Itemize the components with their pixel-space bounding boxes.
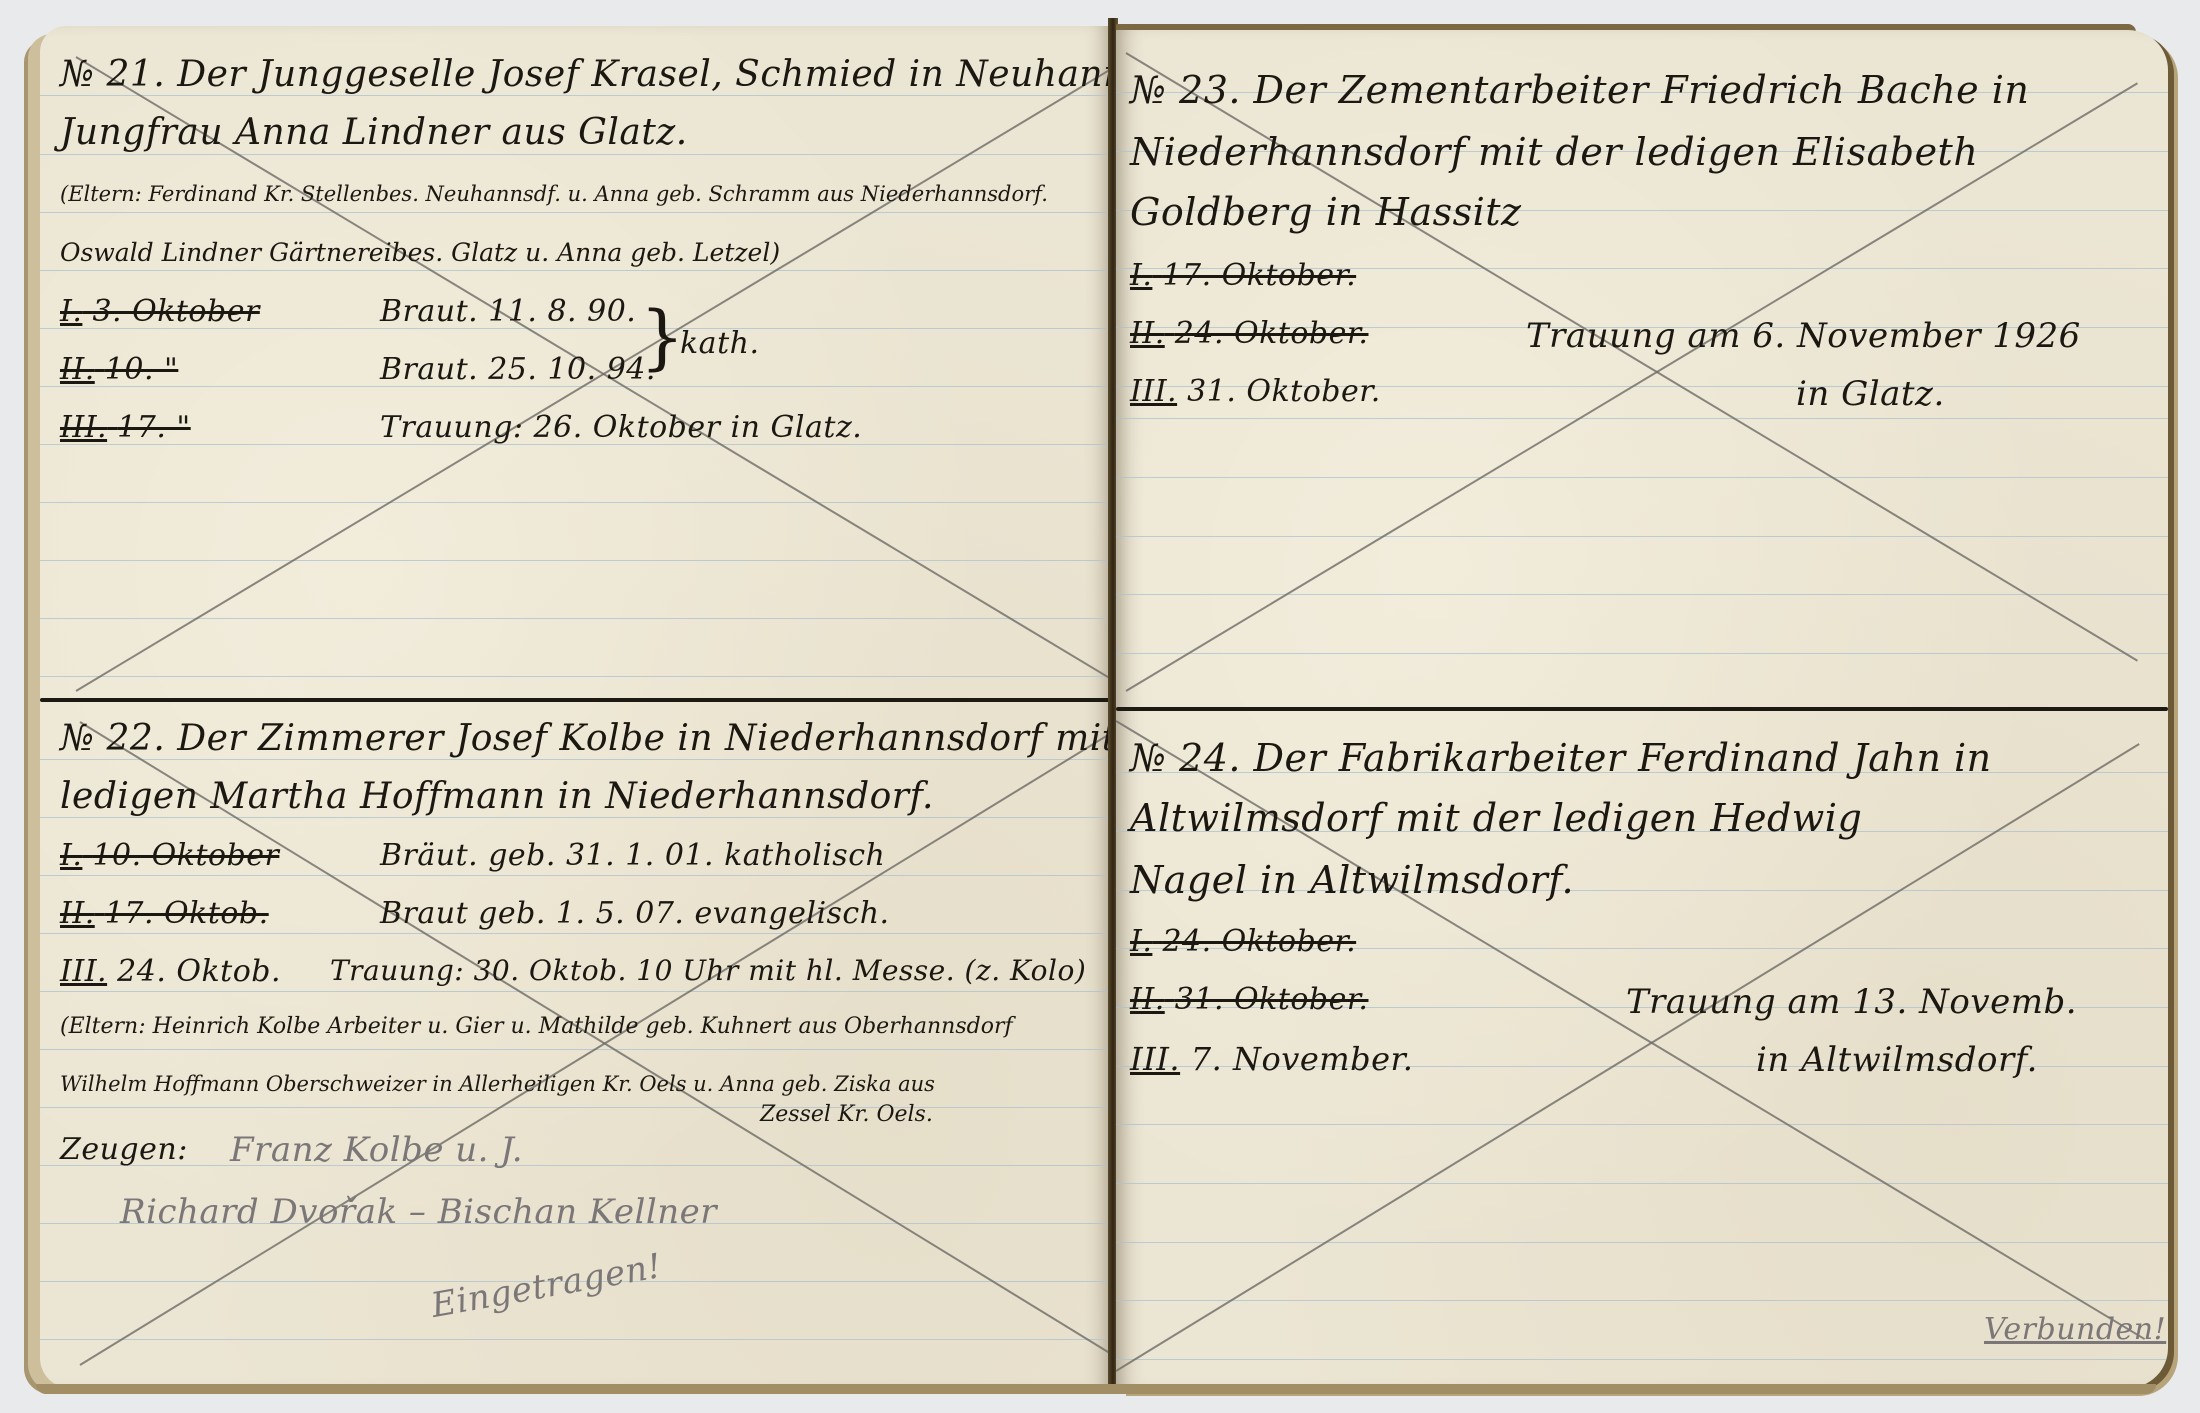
entry-21-banns-3: III. 17. " bbox=[60, 410, 191, 445]
rule-line bbox=[40, 270, 1112, 271]
banns-date: 10. Oktober bbox=[92, 838, 279, 873]
entry-21-religion: kath. bbox=[680, 326, 759, 361]
rule-line bbox=[40, 875, 1112, 876]
rule-line bbox=[40, 154, 1112, 155]
entry-24-wedding-2: in Altwilmsdorf. bbox=[1756, 1040, 2038, 1080]
entry-22-banns-1: I. 10. Oktober bbox=[60, 838, 279, 873]
rule-line bbox=[1116, 594, 2168, 595]
banns-numeral: II. bbox=[1130, 316, 1165, 351]
entry-22-parents-3: Zessel Kr. Oels. bbox=[760, 1102, 933, 1127]
entry-24-banns-3: III. 7. November. bbox=[1130, 1040, 1413, 1078]
banns-date: 7. November. bbox=[1191, 1040, 1414, 1078]
entry-23-wedding-1: Trauung am 6. November 1926 bbox=[1526, 316, 2081, 356]
banns-numeral: II. bbox=[60, 352, 95, 387]
entry-23-line1: № 23. Der Zementarbeiter Friedrich Bache… bbox=[1130, 68, 2029, 112]
entry-21-parents-2: Oswald Lindner Gärtnereibes. Glatz u. An… bbox=[60, 238, 780, 267]
entry-24-line3: Nagel in Altwilmsdorf. bbox=[1130, 858, 1574, 902]
banns-numeral: I. bbox=[1130, 258, 1152, 293]
entry-23-wedding-2: in Glatz. bbox=[1796, 374, 1945, 414]
banns-date: 17. " bbox=[117, 410, 191, 445]
entry-22-banns-2: II. 17. Oktob. bbox=[60, 896, 269, 931]
banns-numeral: II. bbox=[1130, 982, 1165, 1017]
entered-note: Eingetragen! bbox=[428, 1246, 665, 1326]
rule-line bbox=[40, 1165, 1112, 1166]
entry-22-line1: № 22. Der Zimmerer Josef Kolbe in Nieder… bbox=[60, 718, 1112, 759]
entry-24-banns-2: II. 31. Oktober. bbox=[1130, 982, 1368, 1017]
rule-line bbox=[40, 502, 1112, 503]
entry-22-bride-info: Braut geb. 1. 5. 07. evangelisch. bbox=[380, 896, 890, 931]
rule-line bbox=[1116, 1359, 2168, 1360]
entry-23-line2: Niederhannsdorf mit der ledigen Elisabet… bbox=[1130, 130, 1978, 174]
banns-date: 31. Oktober. bbox=[1175, 982, 1369, 1017]
rule-line bbox=[40, 95, 1112, 96]
banns-date: 31. Oktober. bbox=[1187, 374, 1381, 409]
entry-22-groom-info: Bräut. geb. 31. 1. 01. katholisch bbox=[380, 838, 885, 873]
rule-line bbox=[1116, 1183, 2168, 1184]
entry-24-line2: Altwilmsdorf mit der ledigen Hedwig bbox=[1130, 796, 1862, 840]
rule-line bbox=[1116, 418, 2168, 419]
banns-numeral: II. bbox=[60, 896, 95, 931]
entry-23-banns-3: III. 31. Oktober. bbox=[1130, 374, 1381, 409]
entry-21-line2: Jungfrau Anna Lindner aus Glatz. bbox=[60, 112, 688, 153]
entry-divider bbox=[1116, 707, 2168, 711]
rule-line bbox=[40, 676, 1112, 677]
entry-22-parents-1: (Eltern: Heinrich Kolbe Arbeiter u. Gier… bbox=[60, 1014, 1013, 1039]
rule-line bbox=[1116, 1124, 2168, 1125]
connected-note: Verbunden! bbox=[1984, 1312, 2166, 1347]
rule-line bbox=[1116, 653, 2168, 654]
rule-line bbox=[40, 1339, 1112, 1340]
cover-edge-bottom bbox=[36, 1384, 2156, 1394]
entry-21-banns-1: I. 3. Oktober bbox=[60, 294, 260, 329]
rule-line bbox=[1116, 477, 2168, 478]
entry-21-wedding: Trauung: 26. Oktober in Glatz. bbox=[380, 410, 862, 445]
rule-line bbox=[40, 560, 1112, 561]
banns-numeral: III. bbox=[1130, 374, 1177, 409]
rule-line bbox=[40, 618, 1112, 619]
entry-21-bride-birth: Braut. 11. 8. 90. bbox=[380, 294, 636, 329]
open-notebook: № 21. Der Junggeselle Josef Krasel, Schm… bbox=[0, 0, 2200, 1413]
rule-line bbox=[1116, 536, 2168, 537]
entry-21-groom-birth: Braut. 25. 10. 94. bbox=[380, 352, 656, 387]
right-page: № 23. Der Zementarbeiter Friedrich Bache… bbox=[1116, 30, 2168, 1388]
rule-line bbox=[40, 933, 1112, 934]
entry-23-banns-2: II. 24. Oktober. bbox=[1130, 316, 1368, 351]
rule-line bbox=[40, 1107, 1112, 1108]
rule-line bbox=[40, 817, 1112, 818]
rule-line bbox=[40, 212, 1112, 213]
entry-22-witnesses-2: Richard Dvořak – Bischan Kellner bbox=[120, 1192, 717, 1232]
entry-24-wedding-1: Trauung am 13. Novemb. bbox=[1626, 982, 2077, 1022]
rule-line bbox=[1116, 1300, 2168, 1301]
entry-21-banns-2: II. 10. " bbox=[60, 352, 178, 387]
banns-date: 24. Oktober. bbox=[1162, 924, 1356, 959]
entry-23-banns-1: I. 17. Oktober. bbox=[1130, 258, 1356, 293]
entry-22-wedding: Trauung: 30. Oktob. 10 Uhr mit hl. Messe… bbox=[330, 954, 1086, 987]
banns-numeral: I. bbox=[60, 838, 82, 873]
entry-22-witnesses-label: Zeugen: bbox=[60, 1132, 188, 1167]
banns-numeral: III. bbox=[60, 410, 107, 445]
banns-date: 17. Oktober. bbox=[1162, 258, 1356, 293]
banns-numeral: III. bbox=[1130, 1040, 1180, 1078]
entry-21-line1: № 21. Der Junggeselle Josef Krasel, Schm… bbox=[60, 54, 1112, 95]
left-page: № 21. Der Junggeselle Josef Krasel, Schm… bbox=[40, 26, 1112, 1388]
entry-23-line3: Goldberg in Hassitz bbox=[1130, 190, 1522, 234]
entry-divider bbox=[40, 698, 1112, 702]
banns-numeral: I. bbox=[60, 294, 82, 329]
entry-22-banns-3: III. 24. Oktob. bbox=[60, 954, 281, 989]
banns-date: 24. Oktober. bbox=[1175, 316, 1369, 351]
entry-22-witnesses-1: Franz Kolbe u. J. bbox=[230, 1130, 523, 1170]
rule-line bbox=[40, 991, 1112, 992]
banns-date: 10. " bbox=[105, 352, 179, 387]
brace: } bbox=[640, 296, 685, 378]
banns-numeral: III. bbox=[60, 954, 107, 989]
entry-22-parents-2: Wilhelm Hoffmann Oberschweizer in Allerh… bbox=[60, 1072, 935, 1096]
banns-numeral: I. bbox=[1130, 924, 1152, 959]
rule-line bbox=[1116, 1242, 2168, 1243]
banns-date: 24. Oktob. bbox=[117, 954, 281, 989]
entry-24-line1: № 24. Der Fabrikarbeiter Ferdinand Jahn … bbox=[1130, 736, 1992, 780]
entry-21-parents-1: (Eltern: Ferdinand Kr. Stellenbes. Neuha… bbox=[60, 182, 1048, 206]
entry-22-line2: ledigen Martha Hoffmann in Niederhannsdo… bbox=[60, 776, 934, 817]
rule-line bbox=[40, 759, 1112, 760]
rule-line bbox=[40, 1049, 1112, 1050]
banns-date: 3. Oktober bbox=[92, 294, 259, 329]
banns-date: 17. Oktob. bbox=[105, 896, 269, 931]
entry-24-banns-1: I. 24. Oktober. bbox=[1130, 924, 1356, 959]
